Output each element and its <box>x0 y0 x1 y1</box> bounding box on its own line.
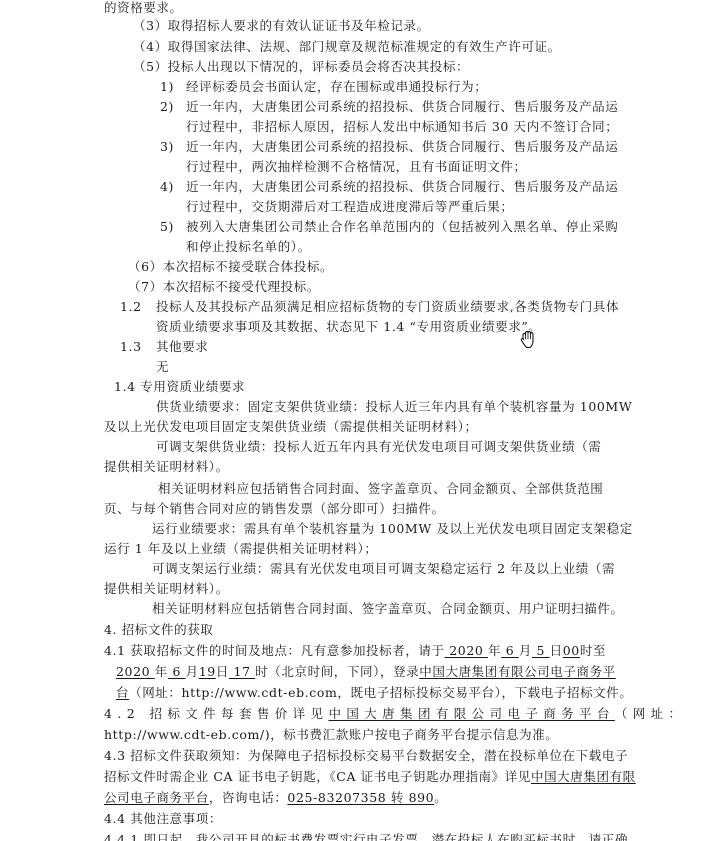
text-line: 运行 1 年及以上业绩（需提供相关证明材料）； <box>104 541 377 557</box>
platform-link[interactable]: 台 <box>116 685 129 700</box>
text-line: 的资格要求。 <box>104 0 183 16</box>
text-line: 行过程中，交货期滞后对工程造成进度滞后等严重后果； <box>186 199 514 215</box>
text-line: 4.4.1 即日起，我公司开具的标书费发票实行电子发票。潜在投标人在购买标书时，… <box>104 832 628 841</box>
text-line: 其他要求 <box>156 339 208 355</box>
start-month: 6 <box>501 643 519 658</box>
text: 4.1 获取招标文件的时间及地点：凡有意参加投标者，请于 <box>104 643 445 658</box>
text-line: 被列入大唐集团公司禁止合作名单范围内的（包括被列入黑名单、停止采购 <box>186 219 618 235</box>
text-line: 近一年内，大唐集团公司系统的招投标、供货合同履行、售后服务及产品运 <box>186 179 618 195</box>
label: 时至 <box>580 643 606 658</box>
list-number: 4) <box>160 179 174 195</box>
end-day: 19 <box>199 664 216 679</box>
text: ，咨询电话： <box>209 790 288 805</box>
text: （网址： <box>615 706 687 721</box>
text-line: 近一年内，大唐集团公司系统的招投标、供货合同履行、售后服务及产品运 <box>186 139 618 155</box>
text-line: 可调支架运行业绩：需具有光伏发电项目可调支架稳定运行 2 年及以上业绩（需 <box>152 561 615 577</box>
start-day: 5 <box>532 643 550 658</box>
text-line: 供货业绩要求：固定支架供货业绩：投标人近三年内具有单个装机容量为 100MW <box>156 399 632 415</box>
list-number: 5) <box>160 219 174 235</box>
text-line: 页、与每个销售合同对应的销售发票（部分即可）扫描件。 <box>104 501 445 517</box>
platform-link[interactable]: 中国大唐集团有限公司电子商务平 <box>419 664 616 679</box>
section-number: 1.3 <box>120 339 142 355</box>
start-year: 2020 <box>445 643 488 658</box>
section-number: 1.2 <box>120 299 142 315</box>
text: （网址：http://www.cdt-eb.com，既电子招标投标交易平台），下… <box>129 685 632 700</box>
text-line: 可调支架供货业绩：投标人近五年内具有光伏发电项目可调支架供货业绩（需 <box>156 439 601 455</box>
text-line: （3）取得招标人要求的有效认证证书及年检记录。 <box>133 18 430 34</box>
section-4-1-line2: 2020 年 6 月19日 17 时（北京时间，下同），登录中国大唐集团有限公司… <box>116 664 616 680</box>
text-line: （4）取得国家法律、法规、部门规章及规范标准规定的有效生产许可证。 <box>133 39 561 55</box>
text-line: （5）投标人出现以下情况的，评标委员会将否决其投标： <box>133 59 469 75</box>
section-4-1-line3: 台（网址：http://www.cdt-eb.com，既电子招标投标交易平台），… <box>116 685 632 701</box>
text-line: 行过程中，非招标人原因，招标人发出中标通知书后 30 天内不签订合同； <box>186 119 618 135</box>
platform-link[interactable]: 公司电子商务平台 <box>104 790 209 805</box>
text-line: 提供相关证明材料）。 <box>104 459 229 475</box>
section-heading: 4.4 其他注意事项： <box>104 811 222 827</box>
end-hour: 17 <box>229 664 255 679</box>
text-line: 经评标委员会书面认定，存在围标或串通投标行为； <box>186 79 487 95</box>
section-heading: 1.4 专用资质业绩要求 <box>114 379 245 395</box>
section-4-3-line3: 公司电子商务平台，咨询电话：025-83207358 转 890。 <box>104 790 447 806</box>
text-line: 相关证明材料应包括销售合同封面、签字盖章页、合同金额页、用户证明扫描件。 <box>152 601 624 617</box>
phone-number: 025-83207358 转 890 <box>287 790 434 805</box>
list-number: 2) <box>160 99 174 115</box>
document-page: 的资格要求。 （3）取得招标人要求的有效认证证书及年检记录。 （4）取得国家法律… <box>0 0 708 841</box>
text: 招标文件时需企业 CA 证书电子钥匙，《CA 证书电子钥匙办理指南》详见 <box>104 769 531 784</box>
text-line: （6）本次招标不接受联合体投标。 <box>128 259 333 275</box>
text-line: 提供相关证明材料）。 <box>104 581 229 597</box>
section-4-3-line1: 4.3 招标文件获取须知：为保障电子招标投标交易平台数据安全，潜在投标单位在下载… <box>104 748 628 764</box>
hand-grab-icon <box>519 330 537 350</box>
section-4-2-line1: 4.2 招标文件每套售价详见中国大唐集团有限公司电子商务平台（网址： <box>104 706 686 722</box>
start-hour: 00 <box>563 643 580 658</box>
end-month: 6 <box>168 664 186 679</box>
label: 年 <box>488 643 501 658</box>
text-line: （7）本次招标不接受代理投标。 <box>128 279 320 295</box>
text-line: 投标人及其投标产品须满足相应招标货物的专门资质业绩要求,各类货物专门具体 <box>156 299 619 315</box>
label: 月 <box>186 664 199 679</box>
label: 日 <box>216 664 229 679</box>
end-year: 2020 <box>116 664 155 679</box>
text-line: 相关证明材料应包括销售合同封面、签字盖章页、合同金额页、全部供货范围 <box>158 481 603 497</box>
label: 年 <box>155 664 168 679</box>
text-line: 及以上光伏发电项目固定支架供货业绩（需提供相关证明材料）； <box>104 419 478 435</box>
text-line: 资质业绩要求事项及其数据、状态见下 1.4 “专用资质业绩要求”。 <box>156 319 541 335</box>
label: 月 <box>519 643 532 658</box>
label: 日 <box>550 643 563 658</box>
text: 。 <box>434 790 447 805</box>
text-line: 近一年内，大唐集团公司系统的招投标、供货合同履行、售后服务及产品运 <box>186 99 618 115</box>
text-line: 运行业绩要求：需具有单个装机容量为 100MW 及以上光伏发电项目固定支架稳定 <box>152 521 633 537</box>
text: 时（北京时间，下同），登录 <box>255 664 419 679</box>
section-4-2-line2: http://www.cdt-eb.com/)，标书费汇款账户按电子商务平台提示… <box>104 727 558 743</box>
platform-link[interactable]: 中国大唐集团有限 <box>531 769 636 784</box>
text-line: 无 <box>156 359 169 375</box>
text-line: 行过程中，两次抽样检测不合格情况，且有书面证明文件； <box>186 159 527 175</box>
text-line: 和停止投标名单的）。 <box>186 239 311 255</box>
text: 4.2 招标文件每套售价详见 <box>104 706 328 721</box>
section-4-3-line2: 招标文件时需企业 CA 证书电子钥匙，《CA 证书电子钥匙办理指南》详见中国大唐… <box>104 769 636 785</box>
section-heading: 4. 招标文件的获取 <box>104 622 213 638</box>
list-number: 3) <box>160 139 174 155</box>
list-number: 1) <box>160 79 174 95</box>
section-4-1-line1: 4.1 获取招标文件的时间及地点：凡有意参加投标者，请于 2020 年 6 月 … <box>104 643 606 659</box>
platform-link[interactable]: 中国大唐集团有限公司电子商务平台 <box>328 706 614 721</box>
